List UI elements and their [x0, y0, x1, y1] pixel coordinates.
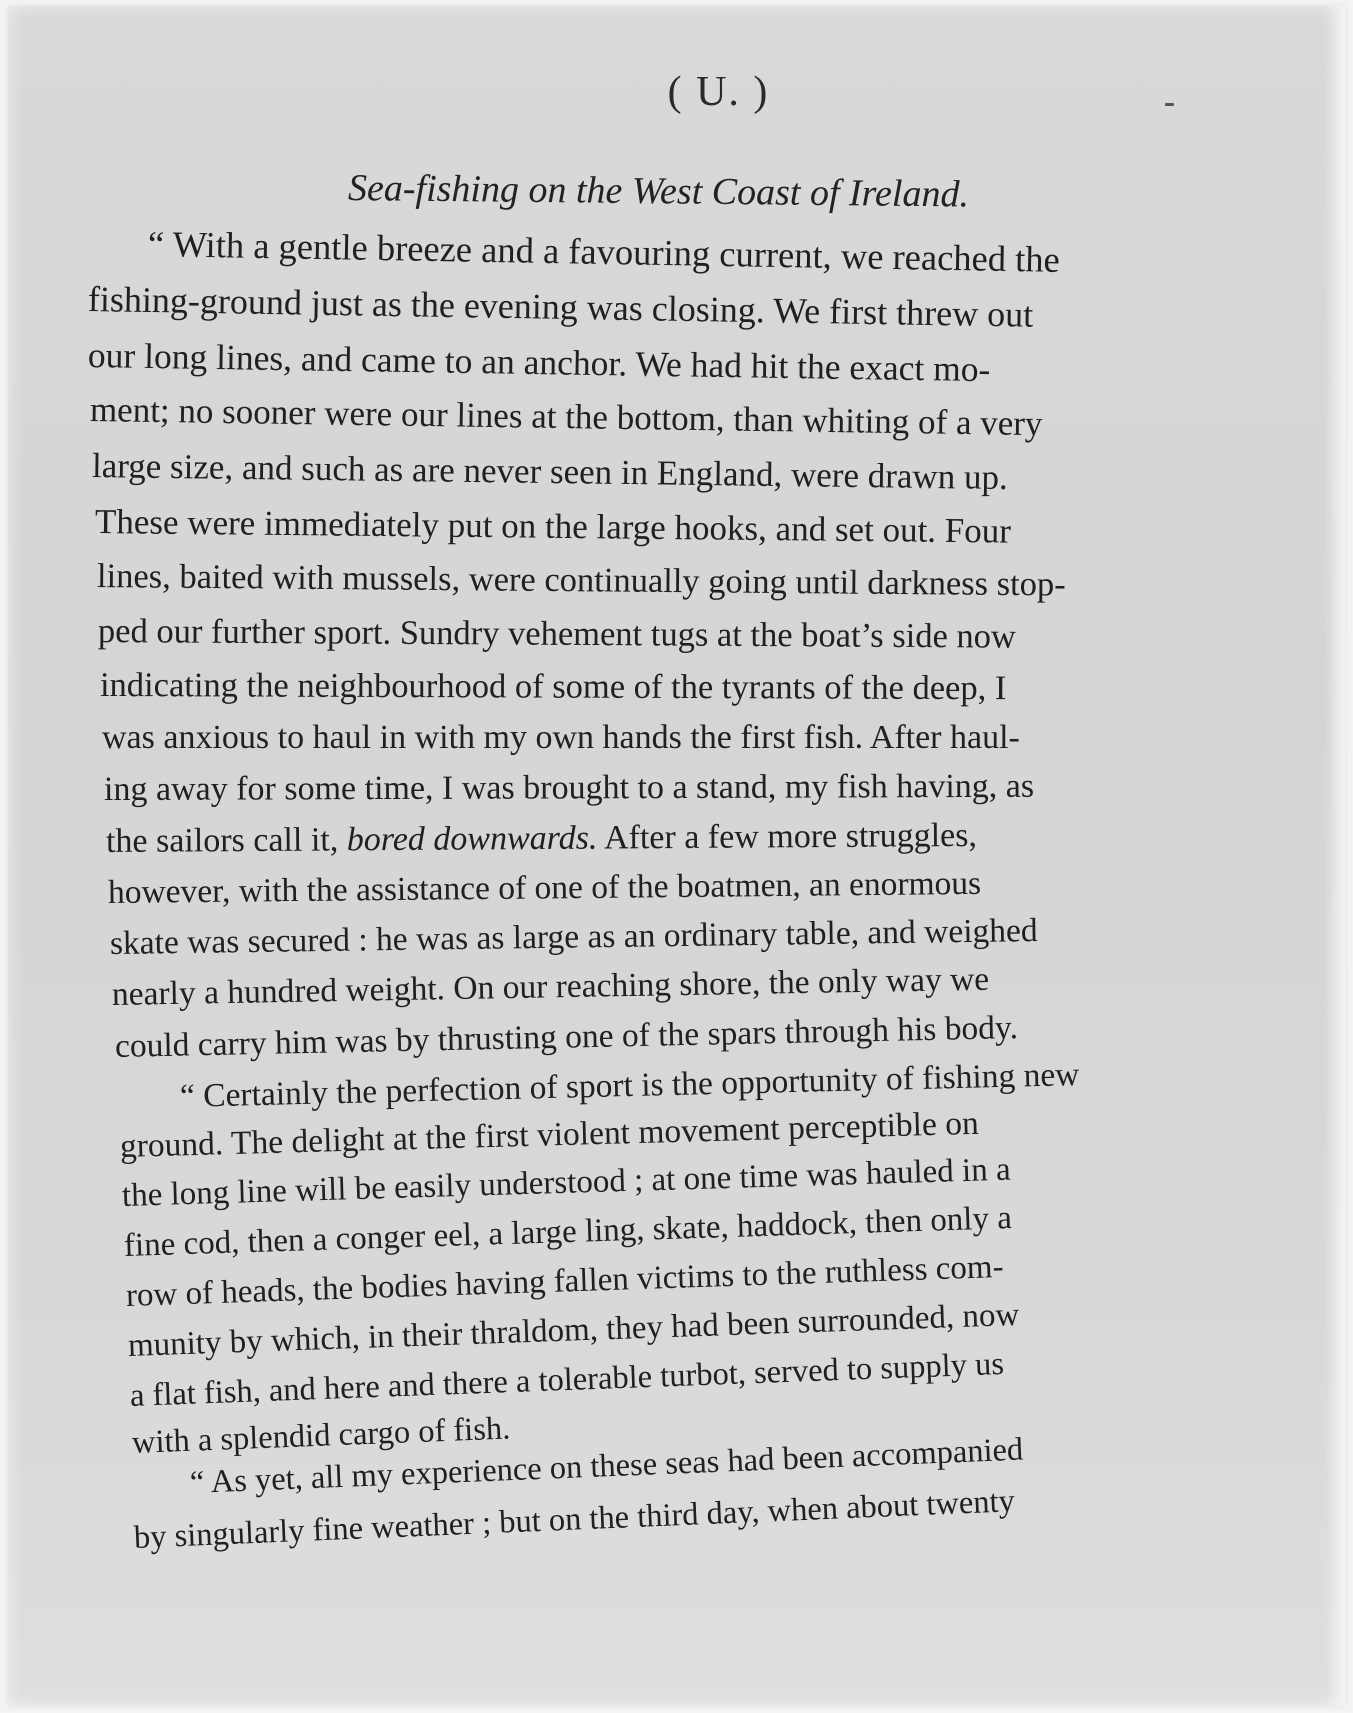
- section-label: ( U. ): [50, 68, 1353, 116]
- text-line: large size, and such as are never seen i…: [92, 446, 1008, 498]
- text-line: fishing-ground just as the evening was c…: [88, 278, 1034, 336]
- text-line: ment; no sooner were our lines at the bo…: [90, 390, 1043, 444]
- text-line: our long lines, and came to an anchor. W…: [88, 334, 991, 390]
- book-page: ( U. ) Sea-fishing on the West Coast of …: [8, 6, 1345, 1706]
- text-line: nearly a hundred weight. On our reaching…: [112, 961, 990, 1014]
- text-line: ing away for some time, I was brought to…: [104, 768, 1034, 809]
- text-line: These were immediately put on the large …: [95, 502, 1011, 552]
- text-line: “ With a gentle breeze and a favouring c…: [148, 222, 1061, 281]
- italic-phrase: bored downwards.: [347, 820, 598, 859]
- text-line: ped our further sport. Sundry vehement t…: [98, 612, 1016, 657]
- text-line: skate was secured : he was as large as a…: [110, 912, 1038, 963]
- text-line: lines, baited with mussels, were continu…: [97, 557, 1066, 604]
- text-line: the sailors call it, bored downwards. Af…: [106, 817, 977, 861]
- page-edge-shading: [1325, 6, 1345, 1706]
- text-line: could carry him was by thrusting one of …: [115, 1009, 1019, 1066]
- page-title: Sea-fishing on the West Coast of Ireland…: [348, 166, 969, 217]
- text-line: indicating the neighbourhood of some of …: [100, 666, 1006, 708]
- ink-mark: [1165, 103, 1174, 106]
- text-line: however, with the assistance of one of t…: [108, 865, 981, 912]
- text-line: was anxious to haul in with my own hands…: [102, 719, 1020, 757]
